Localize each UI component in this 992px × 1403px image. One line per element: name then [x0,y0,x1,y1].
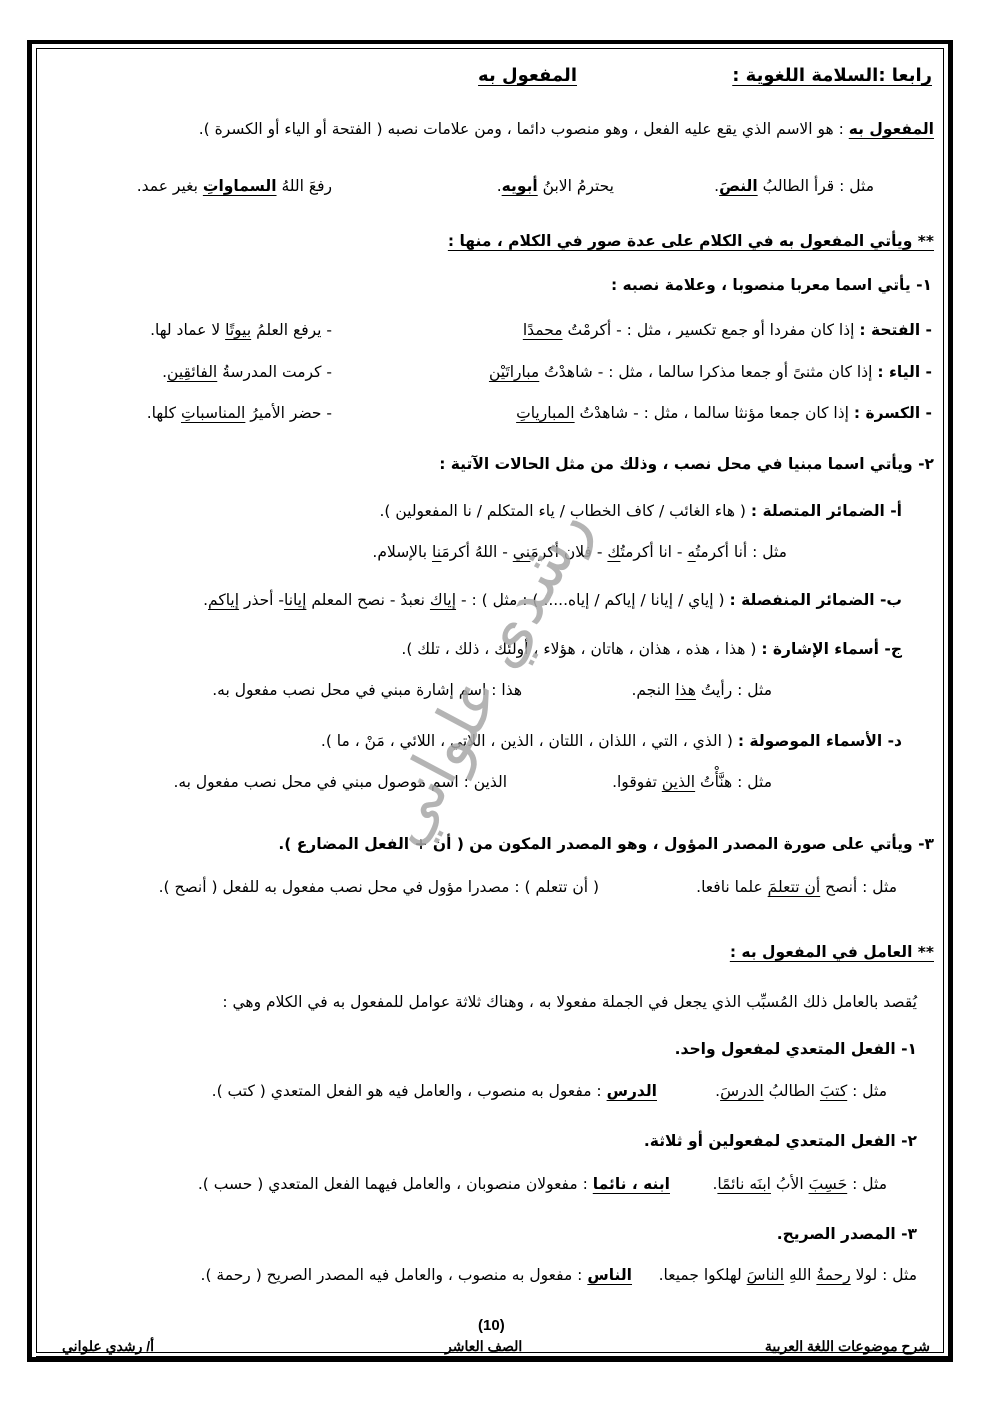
agent-2-example: مثل : حَسِبَ الأبُ ابنَه نائمًا. [712,1172,887,1196]
form2-d-note: الذين : اسم موصول مبني في محل نصب مفعول … [173,770,507,794]
footer-divider [36,1356,948,1357]
form1-row-ya-ex2: - كرمت المدرسةُ الفائقِين. [162,360,332,384]
agent-3-example: مثل : لولا رحمةُ اللهِ الناسَ لهلكوا جمي… [659,1263,917,1287]
agent-1-note: الدرس : مفعول به منصوب ، والعامل فيه هو … [212,1079,657,1103]
footer-author: أ/ رشدي علواني [62,1338,154,1355]
form1-row-fatha-ex2: - يرفع العلمُ بيوتًا لا عماد لها. [150,318,332,342]
form3-title: ٣- ويأتي على صورة المصدر المؤول ، وهو ال… [60,832,934,856]
agent-intro: يُقصد بالعامل ذلك المُسبِّب الذي يجعل في… [60,990,917,1014]
page-title: المفعول به [478,64,577,88]
forms-heading: ** ويأتي المفعول به في الكلام على عدة صو… [60,229,934,253]
intro-example-2: يحترمُ الابنُ أبويه. [497,174,614,198]
form2-c: ج- أسماء الإشارة : ( هذا ، هذه ، هذان ، … [401,637,902,661]
definition-term: المفعول به [849,120,934,138]
agent-3-title: ٣- المصدر الصريح. [777,1222,917,1246]
definition-text: : هو الاسم الذي يقع عليه الفعل ، وهو منص… [199,120,849,138]
form2-a-examples: مثل : أنا أكرمتُه - انا أكرمتُك - فلان أ… [372,540,787,564]
form1-row-fatha: - الفتحة : إذا كان مفردا أو جمع تكسير ، … [523,318,932,342]
agent-1-title: ١- الفعل المتعدي لمفعول واحد. [675,1037,917,1061]
agent-2-title: ٢- الفعل المتعدي لمفعولين أو ثلاثة. [644,1129,917,1153]
definition: المفعول به : هو الاسم الذي يقع عليه الفع… [60,117,934,141]
form3-example: مثل : أنصح أن تتعلمَ علما نافعا. [696,875,897,899]
form2-a: أ- الضمائر المتصلة : ( هاء الغائب / كاف … [379,499,902,523]
object-word: النصَ [719,177,758,195]
form2-c-note: هذا : اسم إشارة مبني في محل نصب مفعول به… [212,678,522,702]
form2-b: ب- الضمائر المنفصلة : ( إياي / إيانا / إ… [203,588,902,612]
page-number: (10) [478,1317,505,1334]
form2-d: د- الأسماء الموصولة : ( الذي ، التي ، ال… [321,729,902,753]
agent-3-note: الناس : مفعول به منصوب ، والعامل فيه الم… [201,1263,632,1287]
intro-example-3: رفعَ اللهُ السماواتِ بغير عمد. [137,174,332,198]
footer-grade: الصف العاشر [445,1338,522,1355]
object-word: أبويه [502,177,538,195]
object-word: السماواتِ [203,177,277,195]
form1-row-kasra-ex2: - حضر الأميرُ المناسباتِ كلها. [147,401,332,425]
agent-1-example: مثل : كتبَ الطالبُ الدرسَ. [715,1079,887,1103]
footer-course: شرح موضوعات اللغة العربية [765,1338,930,1355]
form1-row-kasra: - الكسرة : إذا كان جمعا مؤنثا سالما ، مث… [516,401,932,425]
agent-2-note: ابنه ، نائما : مفعولان منصوبان ، والعامل… [198,1172,670,1196]
form2-c-example: مثل : رأيتُ هذا النجم. [631,678,772,702]
form1-row-ya: - الياء : إذا كان مثنىً أو جمعا مذكرا سا… [489,360,932,384]
form2-d-example: مثل : هنَّأْتُ الذين تفوقوا. [612,770,772,794]
section-title: رابعا :السلامة اللغوية : [732,64,932,88]
agent-heading: ** العامل في المفعول به : [60,940,934,964]
form2-title: ٢- ويأتي اسما مبنيا في محل نصب ، وذلك من… [60,452,934,476]
intro-example-1: مثل : قرأ الطالبُ النصَ. [714,174,874,198]
form1-title: ١- يأتي اسما معربا منصوبا ، وعلامة نصبه … [60,273,932,297]
form3-note: ( أن تتعلم ) : مصدرا مؤول في محل نصب مفع… [159,875,599,899]
